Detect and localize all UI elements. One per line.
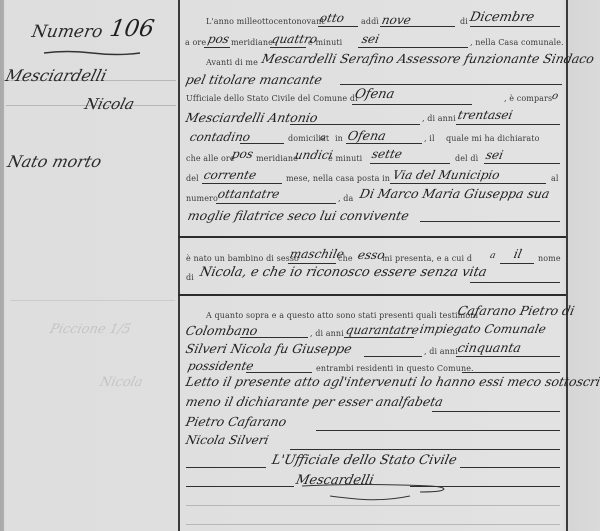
print-text: L'anno milleottocentonovant — [206, 17, 325, 26]
print-text: numero — [186, 194, 218, 203]
print-text: Ufficiale dello Stato Civile del Comune … — [186, 94, 358, 103]
fill-line — [316, 430, 560, 431]
handwritten-witness-1: Cafarano Pietro di — [456, 303, 576, 318]
print-text: e minuti — [308, 38, 342, 47]
fill-line — [410, 486, 560, 487]
fill-line — [270, 47, 306, 48]
handwritten-closing-statement: meno il dichiarante per esser analfabeta — [184, 394, 444, 409]
print-text: , il — [424, 134, 435, 143]
record-number-label: Numero — [30, 22, 104, 42]
fill-line — [346, 143, 422, 144]
fill-line — [340, 84, 562, 85]
print-text: , nella Casa comunale. — [470, 38, 564, 47]
page-binding-edge — [0, 0, 4, 531]
fill-line — [390, 183, 546, 184]
handwritten-witness-2-job: possidente — [187, 359, 255, 373]
margin-faint-rule — [10, 300, 175, 301]
handwritten-day: nove — [381, 13, 413, 27]
section-divider — [178, 236, 566, 238]
handwritten-mother: Di Marco Maria Giuseppa sua — [358, 186, 551, 201]
fill-line — [432, 411, 560, 412]
print-text: di — [186, 273, 194, 282]
fill-line — [288, 263, 336, 264]
handwritten-witness-1-age: quarantatre — [345, 323, 421, 337]
fill-line — [456, 124, 560, 125]
handwritten-officer: Mescardelli Serafino Assessore funzionan… — [260, 51, 595, 66]
handwritten-witness-2: Silveri Nicola fu Giuseppe — [184, 341, 353, 356]
print-text: di — [460, 17, 468, 26]
print-text: , di anni — [310, 329, 344, 338]
fill-line — [456, 356, 560, 357]
print-text: nome — [538, 254, 561, 263]
fill-line — [186, 467, 266, 468]
fill-line — [344, 337, 414, 338]
fill-line — [460, 467, 560, 468]
witness-signature: Nicola Silveri — [185, 433, 270, 447]
handwritten-gender-suffix: o — [551, 91, 559, 102]
margin-given-name: Nicola — [83, 95, 137, 113]
handwritten-witness-1-origin: Colombano — [184, 323, 259, 338]
blank-rule — [186, 524, 560, 525]
print-text: è nato un bambino di sesso — [186, 254, 299, 263]
fill-line — [370, 163, 450, 164]
fill-line — [358, 47, 468, 48]
print-text: , di anni — [422, 114, 456, 123]
fill-line — [216, 203, 336, 204]
handwritten-ampm: pos — [207, 32, 231, 46]
print-text: che alle ore — [186, 154, 235, 163]
print-text: del — [186, 174, 199, 183]
print-text: quale mi ha dichiarato — [446, 134, 540, 143]
print-text: al — [551, 174, 559, 183]
print-text: Avanti di me — [206, 58, 258, 67]
record-number: 106 — [108, 16, 156, 42]
fill-line — [364, 356, 422, 357]
margin-stillborn-note: Nato morto — [6, 152, 104, 171]
fill-line — [470, 282, 560, 283]
print-text: mi presenta, e a cui d — [382, 254, 472, 263]
bleedthrough-text: Piccione 1/5 — [48, 322, 132, 337]
print-text: meridiane — [231, 38, 273, 47]
handwritten-witness-2-age: cinquanta — [456, 340, 522, 355]
handwritten-mother-detail: moglie filatrice seco lui convivente — [186, 208, 410, 223]
print-text: , da — [338, 194, 353, 203]
handwritten-suffix: a — [489, 251, 497, 261]
print-text: , è compars — [504, 94, 552, 103]
handwritten-year-suffix: otto — [319, 11, 346, 25]
register-page: Numero 106 Mesciardelli Nicola Nato mort… — [0, 0, 600, 531]
print-text: mese, nella casa posta in — [286, 174, 390, 183]
print-text: A quanto sopra e a questo atto sono stat… — [206, 311, 478, 320]
fill-line — [204, 47, 230, 48]
fill-line — [202, 183, 282, 184]
print-text: del dì — [455, 154, 478, 163]
fill-line — [462, 372, 560, 373]
fill-line — [290, 449, 560, 450]
handwritten-minutes: sei — [361, 32, 381, 46]
fill-line — [246, 372, 312, 373]
bleedthrough-text: Nicola — [98, 375, 144, 390]
fill-line — [186, 486, 294, 487]
fill-line — [484, 163, 560, 164]
handwritten-domicile: Ofena — [346, 128, 387, 143]
print-text: , di anni — [424, 347, 458, 356]
fill-line — [500, 263, 534, 264]
fill-line — [352, 104, 472, 105]
section-divider — [178, 294, 566, 296]
fill-line — [290, 124, 420, 125]
handwritten-closing-statement: Letto il presente atto agl'intervenuti l… — [184, 374, 600, 389]
handwritten-declarant-age: trentasei — [457, 108, 514, 122]
handwritten-street: Via del Municipio — [392, 168, 502, 182]
margin-divider — [178, 0, 180, 531]
handwritten-occupation: contadino — [189, 130, 252, 144]
handwritten-month-ref: corrente — [203, 168, 258, 182]
fill-line — [420, 221, 560, 222]
print-text: in — [335, 134, 343, 143]
right-border — [566, 0, 568, 531]
print-text: meridiane — [256, 154, 298, 163]
fill-line — [240, 337, 308, 338]
number-underline-flourish — [42, 50, 142, 56]
handwritten-officer-role: pel titolare mancante — [184, 72, 323, 87]
handwritten-comune: Ofena — [353, 87, 395, 102]
handwritten-birth-minutes: sette — [371, 147, 404, 161]
handwritten-birth-day: sei — [485, 148, 505, 162]
margin-surname: Mesciardelli — [4, 66, 109, 85]
blank-rule — [186, 505, 560, 506]
fill-line — [380, 26, 455, 27]
print-text: addì — [361, 17, 379, 26]
witness-signature: Pietro Cafarano — [184, 414, 288, 429]
print-text: entrambi residenti in questo Comune. — [316, 364, 474, 373]
print-text: che — [338, 254, 353, 263]
handwritten-house-number: ottantatre — [217, 187, 281, 201]
handwritten-witness-1-job: impiegato Comunale — [419, 322, 548, 336]
fill-line — [318, 26, 358, 27]
handwritten-ampm: pos — [231, 147, 255, 161]
handwritten-article: il — [513, 247, 524, 261]
handwritten-sex: maschile — [289, 247, 346, 261]
print-text: a ore — [185, 38, 206, 47]
print-text: e minuti — [328, 154, 362, 163]
fill-line — [470, 26, 560, 27]
handwritten-child-name: Nicola, e che io riconosco essere senza … — [198, 265, 488, 280]
officer-title-signature: L'Ufficiale dello Stato Civile — [270, 453, 458, 468]
handwritten-declarant: Mesciardelli Antonio — [184, 110, 319, 125]
handwritten-month: Dicembre — [468, 10, 535, 25]
fill-line — [240, 143, 284, 144]
